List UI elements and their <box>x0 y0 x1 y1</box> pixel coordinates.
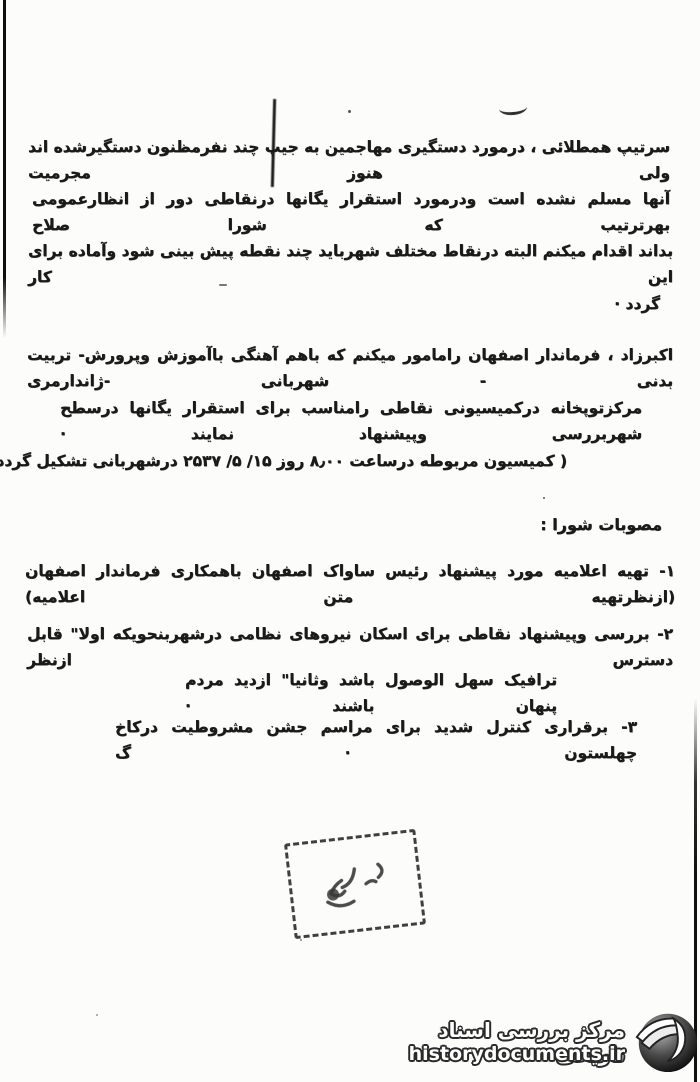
resolution-item: ۳- برقراری کنترل شدید برای مراسم جشن مشر… <box>115 714 637 766</box>
resolution-item: ۱- تهیه اعلامیه مورد پیشنهاد رئیس ساواک … <box>25 558 675 610</box>
resolution-item: ۲- بررسی وپیشنهاد نقاطی برای اسکان نیروه… <box>27 621 673 673</box>
watermark: مرکز بررسی اسناد تاریخی historydocuments… <box>370 1002 700 1080</box>
watermark-url: historydocuments.ir <box>409 1043 625 1065</box>
ink-arc-artifact <box>498 100 527 116</box>
stamp <box>284 829 426 939</box>
handwritten-line: بداند اقدام میکنم البته درنقاط مختلف شهر… <box>28 238 673 290</box>
resolution-item: ترافیک سهل الوصول باشد وثانیا" ازدید مرد… <box>185 667 557 719</box>
handwritten-line: اکبرزاد ، فرماندار اصفهان رامامور میکنم … <box>27 342 673 394</box>
handwritten-line: سرتیپ همطلائی ، درمورد دستگیری مهاجمین ب… <box>28 134 670 186</box>
stamp-signature-mark <box>287 832 422 936</box>
ink-dot-artifact <box>348 110 351 113</box>
ink-dot-artifact <box>543 497 545 499</box>
handwritten-line: گردد · <box>614 291 660 317</box>
handwritten-line: ( کمیسیون مربوطه درساعت ۸٫۰۰ روز ۱۵/ ۵/ … <box>0 448 567 474</box>
history-documents-logo <box>631 1006 699 1074</box>
handwritten-line: آنها مسلم نشده است ودرمورد استقرار یگانه… <box>32 186 670 238</box>
scan-edge-left-line <box>3 0 6 338</box>
ink-dot-artifact <box>96 1014 98 1016</box>
ink-dot-artifact <box>300 939 302 941</box>
scanned-page: سرتیپ همطلائی ، درمورد دستگیری مهاجمین ب… <box>0 0 700 1082</box>
section-heading: مصوبات شورا : <box>540 512 662 538</box>
handwritten-line: مرکزتوپخانه درکمیسیونی نقاطی رامناسب برا… <box>60 395 642 447</box>
